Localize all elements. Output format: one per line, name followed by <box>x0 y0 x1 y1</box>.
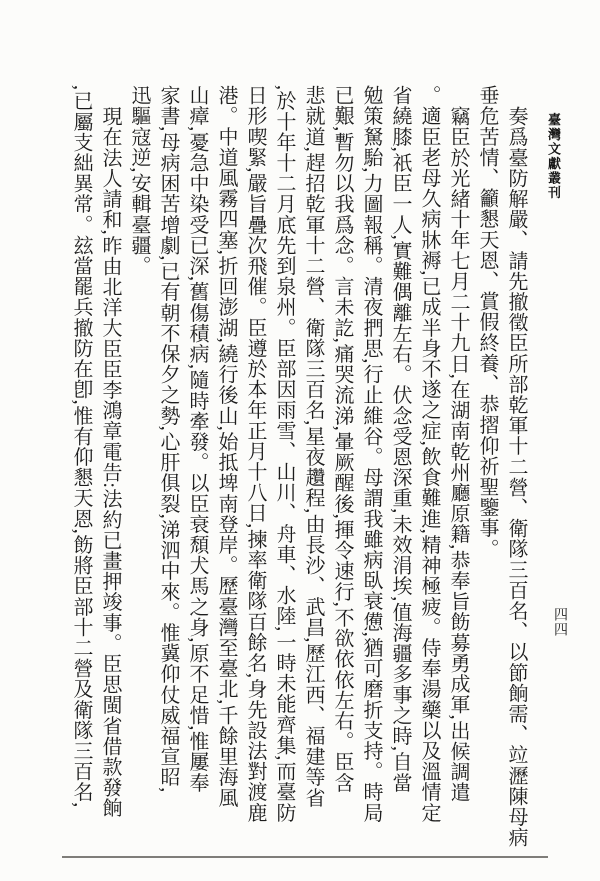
text-column: 勉策駑駘,力圖報稱。清夜捫思,行止維谷。母謂我雖病臥衰憊,猶可磨折支持。時局 <box>356 85 385 875</box>
text-column: 。適臣老母久病牀褥,已成半身不遂之症,飲食難進,精神極疲。侍奉湯藥以及溫情定 <box>414 85 443 875</box>
page-bottom-rule <box>62 856 548 858</box>
text-column: 垂危苦情、籲懇天恩、賞假終養、恭摺仰祈聖鑒事。 <box>472 85 501 875</box>
text-column: 家書,母病困苦增劇,已有朝不保夕之勢,心肝俱裂,涕泗中來。惟冀仰仗威福宣昭, <box>153 85 182 875</box>
text-column: 現在法人請和,昨由北洋大臣臣李鴻章電告:法約已畫押竣事。臣思閩省借款發餉 <box>95 85 124 875</box>
text-column: 迅驅寇逆,安輯臺疆。 <box>124 85 153 875</box>
text-column: ,已屬支絀異常。玆當罷兵撤防在卽,惟有仰懇天恩,飭將臣部十二營及衛隊三百名, <box>66 85 95 875</box>
page-number: 四四 <box>549 607 569 637</box>
text-column: 已艱,暫勿以我爲念。言未訖,痛哭流涕,暈厥醒後,揮令速行,不欲依依左右。臣含 <box>327 85 356 875</box>
text-column: 奏爲臺防解嚴、請先撤徵臣所部乾軍十二營、衛隊三百名、以節餉需、竝瀝陳母病 <box>501 85 530 875</box>
text-column: 山瘴,憂急中染受已深,舊傷積病,隨時牽發。以臣衰頹犬馬之身,原不足惜,惟屢奉 <box>182 85 211 875</box>
text-column: 日形喫緊,嚴旨疊次飛催。臣遵於本年正月十八日,揀率衛隊百餘名,身先設法對渡鹿 <box>240 85 269 875</box>
text-column: ,於十年十二月底先到泉州。臣部因雨雪、山川、舟車、水陸,一時未能齊集,而臺防 <box>269 85 298 875</box>
text-column: 港。中道風霧四塞,折回澎湖,繞行後山,始抵埤南登岸。歷臺灣至臺北,千餘里海風 <box>211 85 240 875</box>
memorial-text: 奏爲臺防解嚴、請先撤徵臣所部乾軍十二營、衛隊三百名、以節餉需、竝瀝陳母病垂危苦情… <box>66 85 530 875</box>
text-column: 悲就道,趕招乾軍十二營、衛隊三百名,星夜趲程,由長沙、武昌,歷江西、福建等省 <box>298 85 327 875</box>
text-column: 省繞膝,祇臣一人,實難偶離左右。伏念受恩深重,未效涓埃,值海疆多事之時,自當 <box>385 85 414 875</box>
series-title: 臺灣文獻叢刊 <box>544 113 563 200</box>
scanned-page: 臺灣文獻叢刊 奏爲臺防解嚴、請先撤徵臣所部乾軍十二營、衛隊三百名、以節餉需、竝瀝… <box>0 0 600 881</box>
text-column: 竊臣於光緒十年七月二十九日,在湖南乾州廳原籍,恭奉旨飭募勇成軍,出候調遣 <box>443 85 472 875</box>
